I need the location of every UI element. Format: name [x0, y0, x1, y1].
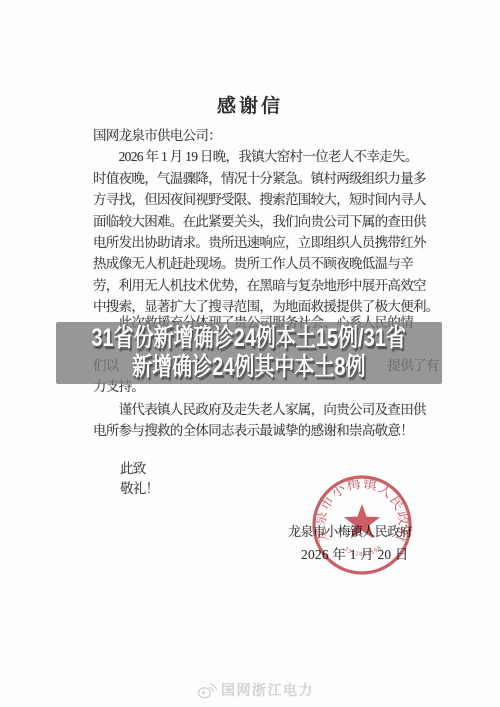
letter-line: 时值夜晚，气温骤降，情况十分紧急。镇村两级组织力量多	[93, 168, 423, 189]
weibo-icon	[197, 682, 217, 699]
letter-paragraph-1: 国网龙泉市供电公司： 2026 年 1 月 19 日晚，我镇大窑村一位老人不幸走…	[93, 125, 423, 318]
letter-line: 热成像无人机赶赴现场。贵所工作人员不顾夜晚低温与辛	[93, 253, 423, 274]
letter-page: 感谢信 国网龙泉市供电公司： 2026 年 1 月 19 日晚，我镇大窑村一位老…	[0, 0, 500, 707]
headline-line-1: 31省份新增确诊24例本土15例/31省	[92, 324, 407, 353]
closing-jingli: 敬礼！	[120, 478, 158, 499]
letter-paragraph-3: 谨代表镇人民政府及走失老人家属，向贵公司及查田供 电所参与搜救的全体同志表示最诚…	[93, 399, 423, 442]
watermark: 国网浙江电力	[197, 680, 314, 700]
seal-star-icon	[344, 504, 380, 538]
letter-line: 电所发出协助请求。贵所迅速响应，立即组织人员携带红外	[93, 232, 423, 253]
government-seal: 龙泉市小梅镇人民政府 33110015903	[307, 470, 417, 580]
headline-line-2: 新增确诊24例其中本土8例	[132, 353, 365, 382]
letter-line: 电所参与搜救的全体同志表示最诚挚的感谢和崇高敬意！	[93, 420, 423, 441]
letter-line: 谨代表镇人民政府及走失老人家属，向贵公司及查田供	[93, 399, 423, 420]
letter-line: 劳，利用无人机技术优势，在黑暗与复杂地形中展开高效空	[93, 275, 423, 296]
watermark-text: 国网浙江电力	[221, 680, 314, 700]
letter-title: 感谢信	[0, 91, 500, 118]
salutation: 国网龙泉市供电公司：	[93, 125, 423, 146]
closing-cizhi: 此致	[120, 458, 146, 479]
letter-line: 面临较大困难。在此紧要关头，我们向贵公司下属的查田供	[93, 211, 423, 232]
letter-line: 方寻找，但因夜间视野受限、搜索范围较大，短时间内寻人	[93, 189, 423, 210]
letter-line: 2026 年 1 月 19 日晚，我镇大窑村一位老人不幸走失。	[93, 146, 423, 167]
news-headline-overlay: 31省份新增确诊24例本土15例/31省 新增确诊24例其中本土8例	[56, 322, 442, 384]
